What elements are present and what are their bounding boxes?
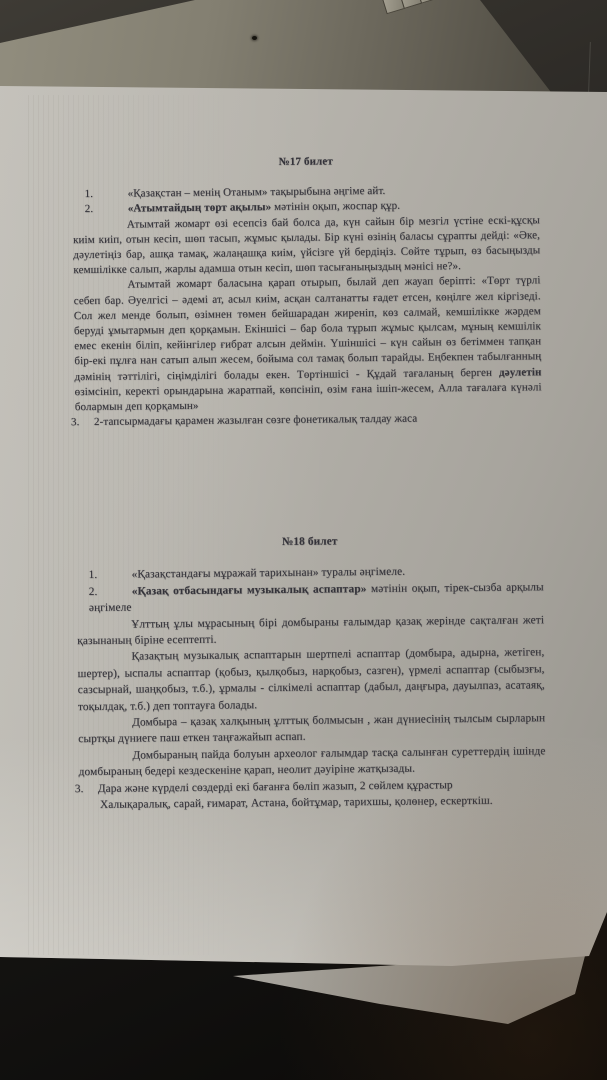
task-text: Дара және күрделі сөздерді екі бағанға б…	[98, 779, 453, 795]
ticket-18-title: №18 билет	[76, 531, 543, 552]
document-text-layer: №17 билет 1.«Қазақстан – менің Отаным» т…	[71, 0, 548, 1003]
paragraph-run: өзімсініп, керекті орындарына жаратпай, …	[75, 381, 542, 413]
text-paragraph-3: Домбыра – қазақ халқының ұлттық болмысын…	[78, 710, 545, 748]
sheet-edge-line	[588, 42, 591, 92]
text-paragraph-4: Домбыраның пайда болуын археолог ғалымда…	[78, 743, 545, 781]
paragraph-run: Атымтай жомарт баласына қарап отырып, бы…	[74, 275, 542, 383]
task-number: 2.	[89, 583, 132, 600]
ticket-18-task-2: 2.«Қазақ отбасындағы музыкалық аспаптар»…	[77, 579, 544, 617]
task-number: 3.	[75, 781, 98, 798]
task-text: мәтінін оқып, жоспар құр.	[271, 200, 400, 213]
task-number: 3.	[71, 415, 94, 430]
ticket-17-section: №17 билет 1.«Қазақстан – менің Отаным» т…	[72, 152, 542, 430]
task-text-bold: «Атымтайдың төрт ақылы»	[128, 201, 272, 215]
ticket-18-task-3-words: Халықаралық, сарай, ғимарат, Астана, бой…	[100, 792, 546, 813]
ticket-17-title: №17 билет	[72, 152, 539, 172]
task-number: 2.	[85, 202, 128, 218]
story-paragraph-2: Атымтай жомарт баласына қарап отырып, бы…	[73, 274, 541, 416]
paragraph-run-bold: дәулетін	[499, 366, 542, 378]
ticket-18-section: №18 билет 1.«Қазақстандағы мұражай тарих…	[76, 531, 546, 813]
text-paragraph-1: Ұлттың ұлы мұрасының бірі домбыраны ғалы…	[77, 612, 544, 650]
task-number: 1.	[84, 187, 127, 203]
photo-of-exam-tickets: з ө сү кід №17 билет 1.«Қазақстан – мені…	[0, 0, 607, 1080]
task-text: 2-тапсырмадағы қарамен жазылған сөзге фо…	[94, 413, 417, 428]
task-text: «Қазақстан – менің Отаным» тақырыбына әң…	[128, 185, 386, 200]
task-text: «Қазақстандағы мұражай тарихынан» туралы…	[131, 566, 405, 581]
story-paragraph-1: Атымтай жомарт өзі есепсіз бай болса да,…	[73, 213, 541, 279]
task-number: 1.	[88, 567, 131, 584]
task-text-bold: «Қазақ отбасындағы музыкалық аспаптар»	[132, 583, 367, 597]
text-paragraph-2: Қазақтың музыкалық аспаптарын шертпелі а…	[77, 645, 545, 716]
